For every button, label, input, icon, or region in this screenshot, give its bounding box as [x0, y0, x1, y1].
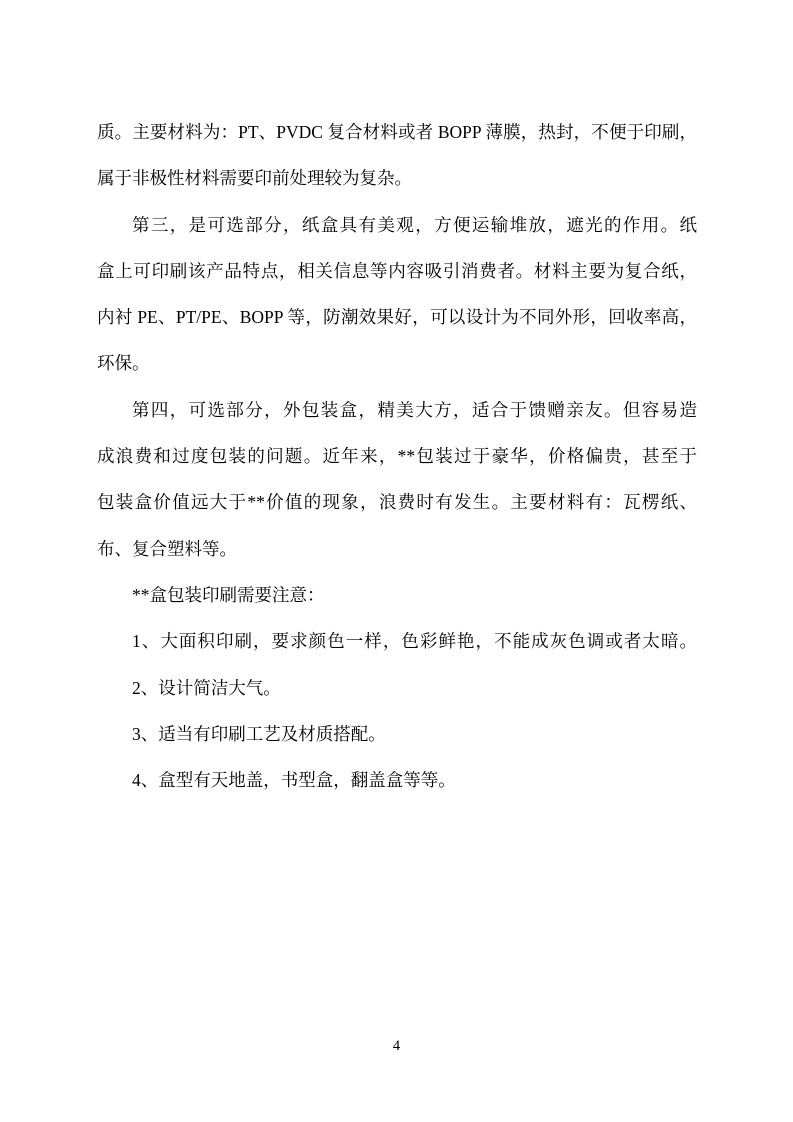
text-line: 质。主要材料为：PT、PVDC 复合材料或者 BOPP 薄膜，热封，不便于印刷，: [97, 109, 697, 155]
text-line: 内衬 PE、PT/PE、BOPP 等，防潮效果好，可以设计为不同外形，回收率高，: [97, 294, 697, 340]
text-line: 4、盒型有天地盖，书型盒，翻盖盒等等。: [97, 757, 697, 803]
text-line: 第四，可选部分，外包装盒，精美大方，适合于馈赠亲友。但容易造: [97, 387, 697, 433]
text-line: 3、适当有印刷工艺及材质搭配。: [97, 711, 697, 757]
text-line: 第三，是可选部分，纸盒具有美观，方便运输堆放，遮光的作用。纸: [97, 202, 697, 248]
document-page: 质。主要材料为：PT、PVDC 复合材料或者 BOPP 薄膜，热封，不便于印刷，…: [0, 0, 793, 1122]
document-body-text: 质。主要材料为：PT、PVDC 复合材料或者 BOPP 薄膜，热封，不便于印刷，…: [97, 109, 697, 803]
text-line: **盒包装印刷需要注意：: [97, 572, 697, 618]
text-line: 2、设计简洁大气。: [97, 665, 697, 711]
text-line: 环保。: [97, 340, 697, 386]
page-number: 4: [393, 1036, 400, 1056]
text-line: 包装盒价值远大于**价值的现象，浪费时有发生。主要材料有：瓦楞纸、: [97, 479, 697, 525]
text-line: 布、复合塑料等。: [97, 526, 697, 572]
text-line: 成浪费和过度包装的问题。近年来，**包装过于豪华，价格偏贵，甚至于: [97, 433, 697, 479]
text-line: 1、大面积印刷，要求颜色一样，色彩鲜艳，不能成灰色调或者太暗。: [97, 618, 697, 664]
text-line: 属于非极性材料需要印前处理较为复杂。: [97, 155, 697, 201]
page-footer: 4: [0, 1036, 793, 1056]
text-line: 盒上可印刷该产品特点，相关信息等内容吸引消费者。材料主要为复合纸，: [97, 248, 697, 294]
